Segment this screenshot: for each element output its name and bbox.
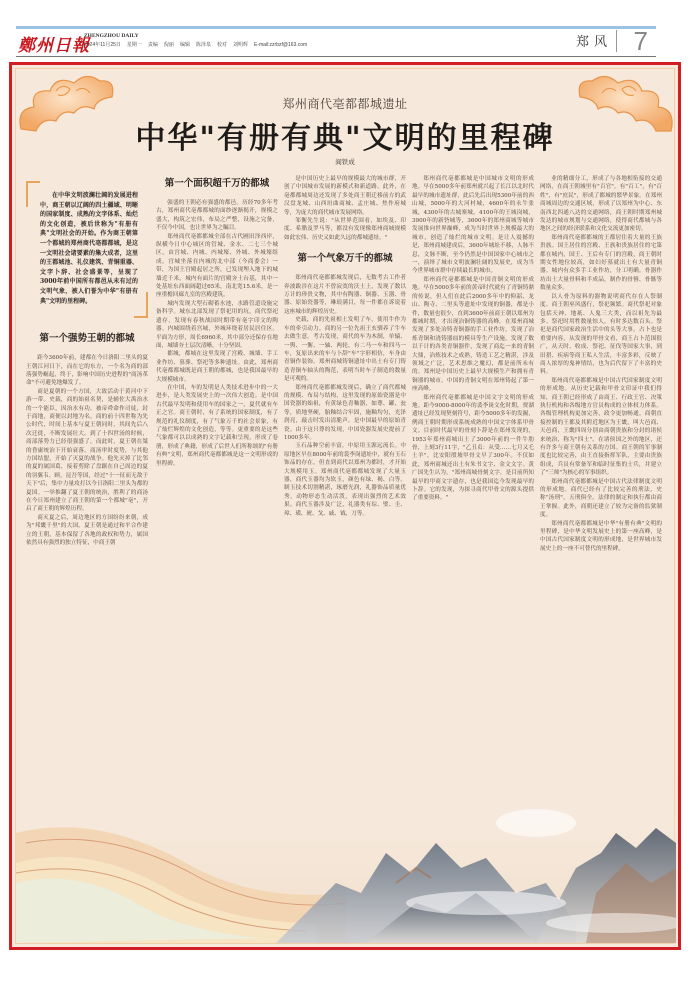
paragraph: 郑州商代亳都都城发现后，确立了商代都城的规模、布局与结构，这里发现的原始瓷器是中… (284, 384, 406, 443)
paragraph: 距今3600年前，建都在今日洛阳二里头的夏王朝江河日下，而在它的东方，一个名为商… (26, 354, 148, 388)
newspaper-english-name: ZHENGZHOU DAILY (84, 33, 139, 39)
page-number: 7 (634, 26, 648, 57)
bracket-corner-icon (26, 181, 40, 207)
article-kicker: 郑州商代亳都都城遗址 (12, 95, 678, 112)
designer-name: 陈泽泉 (196, 42, 211, 48)
proofreader-name: 刘明辉 (233, 42, 248, 48)
paragraph: 郑州商代亳都都城是中国文字文明的形成地。距今9000-8000年的裴李岗文化时期… (412, 394, 534, 503)
section-heading: 第一个面积超千万的都城 (156, 177, 278, 191)
paragraph: 邹衡先生说："从世界范围看，如埃及、印度、希腊及罗马等，都没有发现像郑州商城规模… (284, 217, 406, 242)
paragraph: 在中国，车的发明是人类技术进步中的一大进步，是人类发展史上的一次伟大创造。是中国… (156, 384, 278, 468)
issue-date: 2024年11月25日 (84, 42, 121, 48)
text-column-1: 在中华文明波澜壮阔的发展进程中，商王朝以辽阔的四土疆域、明晰的国家制度、成熟的文… (26, 175, 148, 547)
paragraph: 强盛的王朝必有强盛的都邑。历经70多年考古，郑州商代亳都都城的面纱逐渐揭开，规模… (156, 199, 278, 233)
paragraph: 郑州商代亳都都城是中国古代法律制度文明的形成地。商代已经有了比较完善的刑法，史称… (540, 478, 662, 520)
text-column-3: 是中国历史上最早的规模最大的城市群，开创了中国城市发展的新模式和新道路。此外，在… (284, 175, 406, 518)
masthead-bottom-rule (16, 56, 656, 57)
paragraph: 郑州商代亳都都城是中华"有册有典"文明的里程碑，是中华文明发展史上的第一座高峰，… (540, 520, 662, 554)
paragraph: 郑州商代亳都都城的王都居住着大量的王族贵族。国王居住的宫殿、王族和贵族居住的宅第… (540, 234, 662, 293)
masthead-top-rule (16, 26, 656, 29)
section-name: 郑风 (576, 31, 612, 50)
text-column-4: 郑州商代亳都都城是中国城市文明的形成地。早在5000多年前郑州就兴起了长江以北时… (412, 175, 534, 503)
text-column-2: 第一个面积超千万的都城 强盛的王朝必有强盛的都邑。历经70多年考古，郑州商代亳都… (156, 175, 278, 468)
paragraph: 郑州商代亳都都城是中国古代国家制度文明的形成地。从历史记载和甲骨文印证中我们得知… (540, 377, 662, 478)
intro-summary: 在中华文明波澜壮阔的发展进程中，商王朝以辽阔的四土疆域、明晰的国家制度、成熟的文… (26, 181, 148, 318)
section-heading: 第一个强势王朝的都城 (26, 332, 148, 346)
contact-email[interactable]: E-mail:zzrbzf@163.com (254, 42, 307, 48)
editor-label: 责编 (148, 42, 158, 48)
masthead-divider (616, 30, 617, 52)
mountain-landscape-illustration (16, 773, 676, 943)
article-frame: 郑州商代亳都都城遗址 中华"有册有典"文明的里程碑 阎铁成 在中华文明波澜壮阔的… (9, 62, 681, 950)
paragraph: 郑州商代亳都都城全部在古代圃田泽西岸，纵横今日中心城区的管城、金水、二七三个城区… (156, 233, 278, 300)
paragraph: 郑州商代亳都都城是中国青铜文明的形成地。早在5000多年前的黄帝时代就有了青铜铸… (412, 276, 534, 394)
newspaper-logo: 鄭州日報 (18, 31, 90, 56)
paragraph: 商灭夏之后，周边地区的方国纷纷来朝，成为"邦畿千里"的大国。夏王朝是通过和平合作… (26, 514, 148, 548)
paragraph: 是中国历史上最早的规模最大的城市群，开创了中国城市发展的新模式和新道路。此外，在… (284, 175, 406, 217)
masthead-meta: 2024年11月25日星期一责编倪丽编辑陈泽泉校对刘明辉E-mail:zzrbz… (84, 41, 313, 48)
editor-name: 倪丽 (164, 42, 174, 48)
paragraph: 业的精细分工，形成了与各地相衔接的交通网络，在商王朝城里有"百官"，有"百工"，… (540, 175, 662, 234)
section-heading: 第一个气象万千的都城 (284, 252, 406, 266)
proofreader-label: 校对 (217, 42, 227, 48)
bracket-corner-icon (134, 292, 148, 318)
article-body: 在中华文明波澜壮阔的发展进程中，商王朝以辽阔的四土疆域、明晰的国家制度、成熟的文… (26, 175, 666, 835)
paragraph: 玉石品种空前丰富，中原用玉源远流长。中原地区早在8000年前的裴李岗遗址中，就有… (284, 442, 406, 518)
paragraph: 郑州商代亳都都城发现后，无数考古工作者奔波跋涉在这片不曾寂寞的沃土上，发现了数以… (284, 274, 406, 316)
issue-weekday: 星期一 (127, 42, 142, 48)
article-headline: 中华"有册有典"文明的里程碑 (12, 113, 678, 157)
paragraph: 都城，都城在这里发现了宫殿、城墙、手工业作坊、墓葬、祭祀等多种遗址。由此，郑州商… (156, 350, 278, 384)
paragraph: 史载，商的先祖相土发明了车，使用牛作为车的牵引动力。商的另一位先祖王亥驯养了牛车… (284, 316, 406, 383)
paragraph: 商是夏朝的一个方国，大致活动于黄河中下游一带。史载，商的始祖名契，是辅佐大禹治水… (26, 388, 148, 514)
paragraph: 郑州商代亳都都城是中国城市文明的形成地。早在5000多年前郑州就兴起了长江以北时… (412, 175, 534, 276)
paragraph: 城内发现大型石砌蓄水池，水路管道设施完备科学。城东北部发现了祭祀用的坑，商代祭祀… (156, 300, 278, 350)
newspaper-masthead: 鄭州日報 ZHENGZHOU DAILY 2024年11月25日星期一责编倪丽编… (16, 26, 656, 58)
text-column-5: 业的精细分工，形成了与各地相衔接的交通网络，在商王朝城里有"百官"，有"百工"，… (540, 175, 662, 553)
article-byline: 阎铁成 (12, 157, 678, 166)
intro-text: 在中华文明波澜壮阔的发展进程中，商王朝以辽阔的四土疆域、明晰的国家制度、成熟的文… (40, 191, 138, 306)
designer-label: 编辑 (180, 42, 190, 48)
paragraph: 以人骨为原料的器物说明商代存在人祭制度。商王朝巫风盛行，祭祀频繁。商代祭祀对象包… (540, 293, 662, 377)
